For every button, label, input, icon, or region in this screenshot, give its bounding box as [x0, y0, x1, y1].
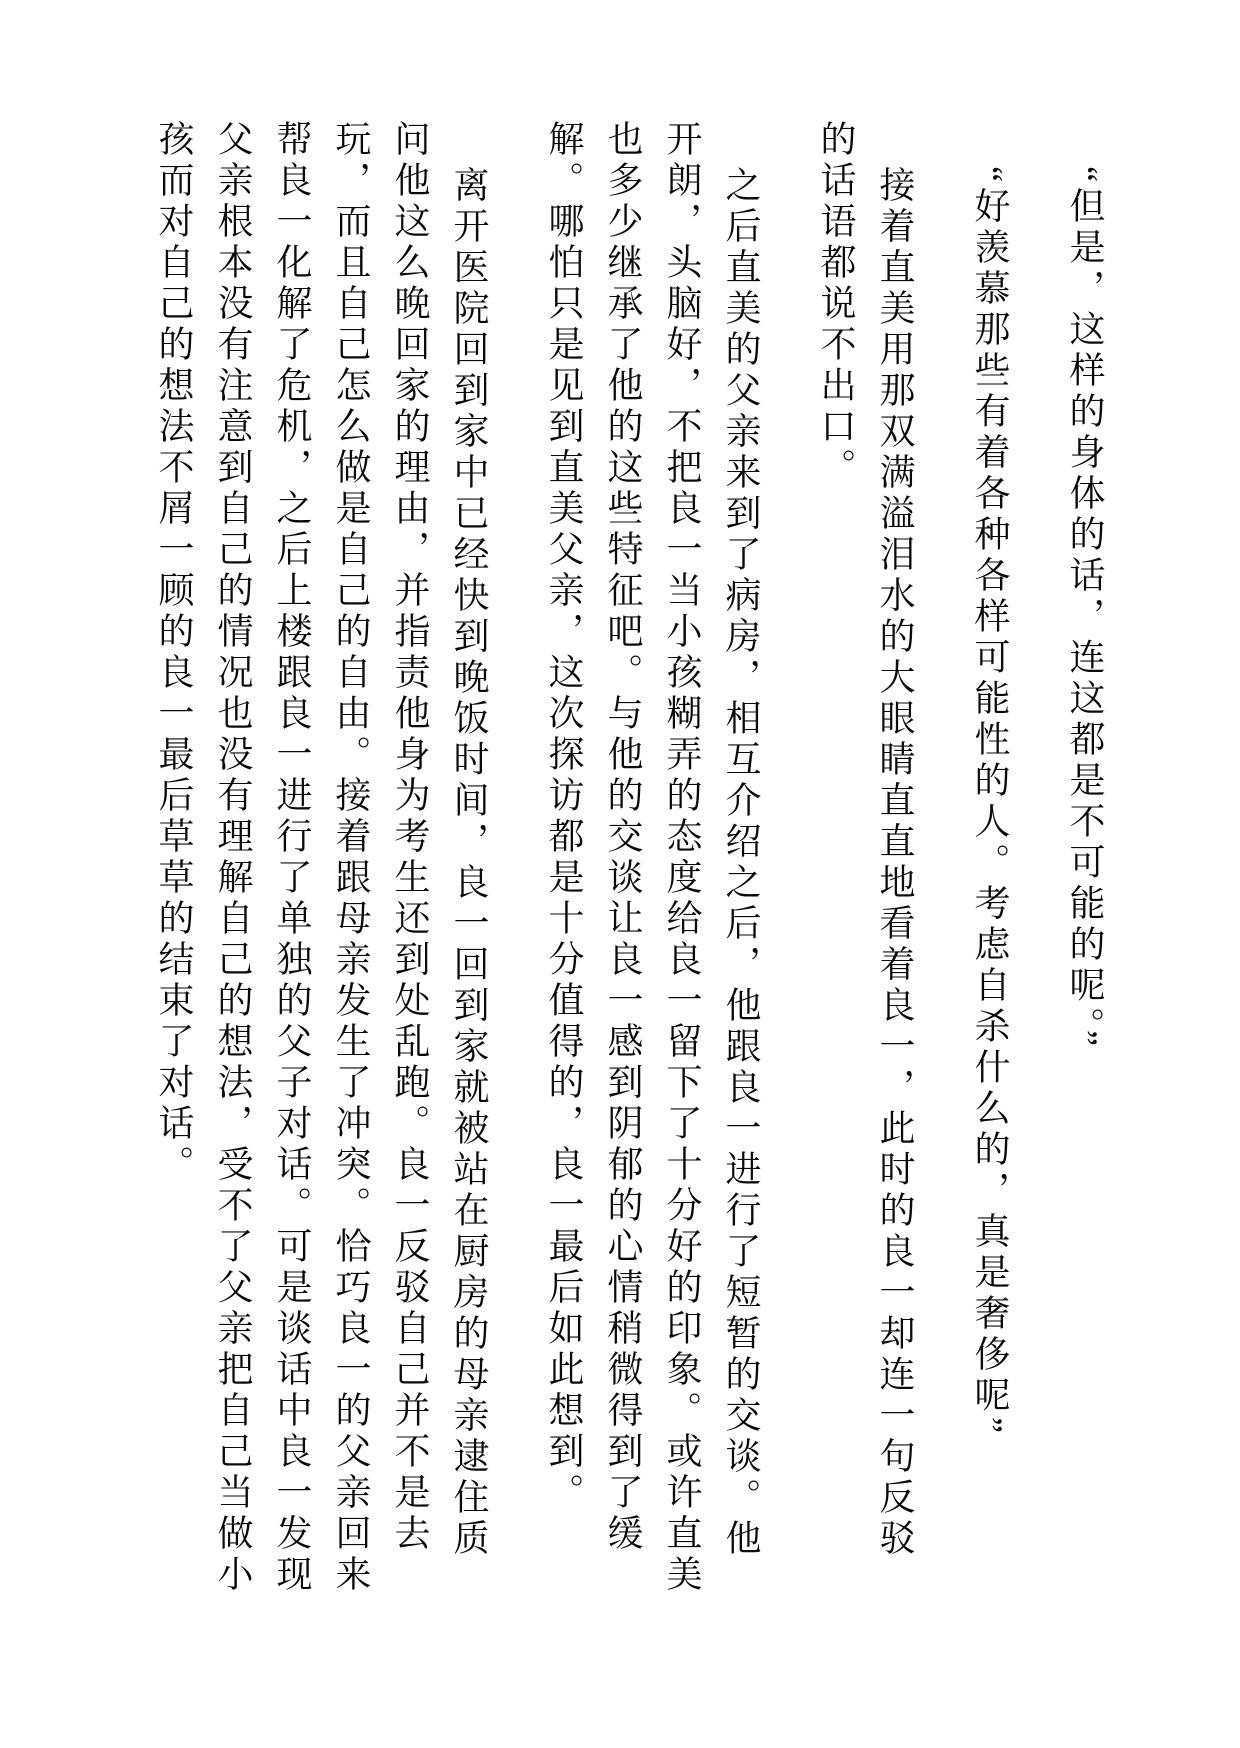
dialogue-line-2: “好羡慕那些有着各种各样可能性的人。考虑自杀什么的，真是奢侈呢” — [960, 120, 1019, 1600]
novel-page: “但是，这样的身体的话，连这都是不可能的呢。” “好羡慕那些有着各种各样可能性的… — [0, 0, 1240, 1748]
narration-paragraph-3: 离开医院回到家中已经快到晚饭时间，良一回到家就被站在厨房的母亲逮住质问他这么晚回… — [144, 120, 498, 1600]
vertical-text-block: “但是，这样的身体的话，连这都是不可能的呢。” “好羡慕那些有着各种各样可能性的… — [144, 120, 1114, 1600]
narration-paragraph-2: 之后直美的父亲来到了病房，相互介绍之后，他跟良一进行了短暂的交谈。他开朗，头脑好… — [534, 120, 770, 1600]
dialogue-line-1: “但是，这样的身体的话，连这都是不可能的呢。” — [1055, 120, 1114, 1600]
narration-paragraph-1: 接着直美用那双满溢泪水的大眼睛直直地看着良一，此时的良一却连一句反驳的话语都说不… — [806, 120, 924, 1600]
